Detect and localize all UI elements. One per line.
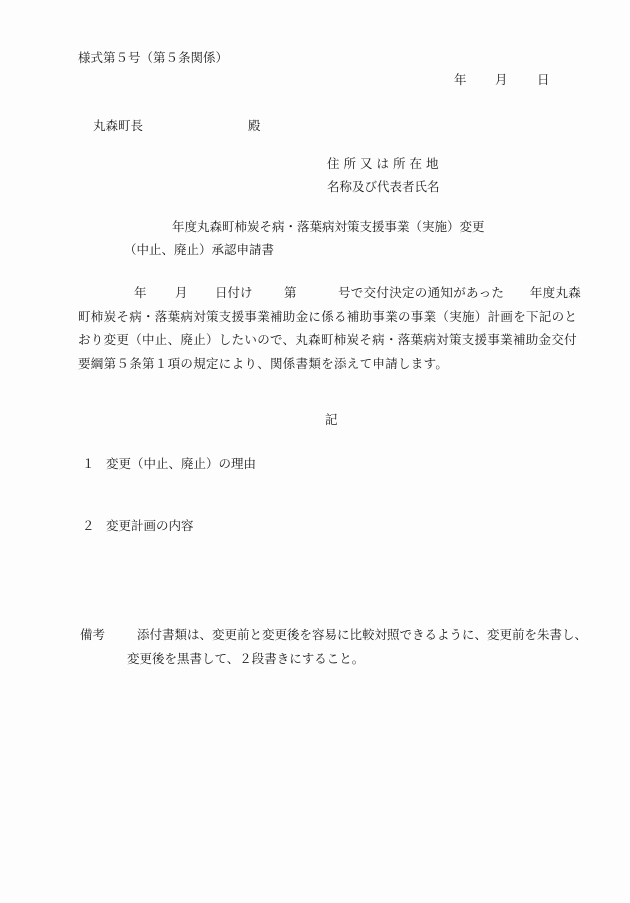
title-line-1: 年度丸森町柿炭そ病・落葉病対策支援事業（実施）変更 <box>172 217 485 237</box>
date-month: 月 <box>495 70 508 90</box>
item-number: １ <box>82 454 95 474</box>
applicant-name-label: 名称及び代表者氏名 <box>327 177 440 197</box>
addressee-honorific: 殿 <box>248 116 261 136</box>
item-label: 変更計画の内容 <box>106 516 194 536</box>
applicant-address-label: 住所又は所在地 <box>327 154 443 174</box>
remarks-text: 添付書類は、変更前と変更後を容易に比較対照できるように、変更前を朱書し、変更後を… <box>127 623 593 670</box>
form-number: 様式第５号（第５条関係） <box>78 48 228 68</box>
date-day: 日 <box>537 70 550 90</box>
item-label: 変更（中止、廃止）の理由 <box>106 454 256 474</box>
addressee-name: 丸森町長 <box>93 116 143 136</box>
body-text: 号で交付決定の通知があった 年度丸森町柿炭そ病・落葉病対策支援事業補助金に係る補… <box>78 281 584 375</box>
date-year: 年 <box>454 70 467 90</box>
title-line-2: （中止、廃止）承認申請書 <box>124 240 274 260</box>
item-number: ２ <box>82 516 95 536</box>
ki-heading: 記 <box>325 410 338 430</box>
remarks-label: 備考 <box>80 625 105 645</box>
